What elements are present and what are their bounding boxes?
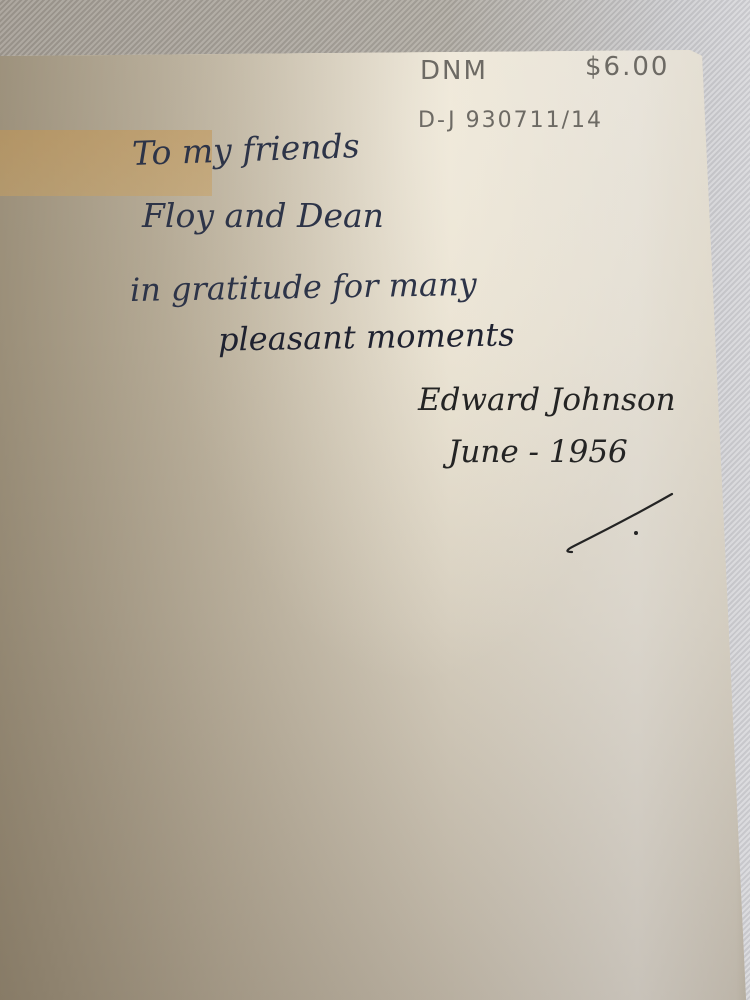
pencil-reference: D-J 930711/14	[418, 108, 603, 133]
inscription-line-4: pleasant moments	[218, 315, 515, 358]
inscription-date: June - 1956	[448, 434, 628, 470]
signature: Edward Johnson	[418, 382, 676, 418]
pencil-code: DNM	[420, 56, 488, 86]
book-endpaper: DNM $6.00 D-J 930711/14 To my friends Fl…	[0, 50, 750, 1000]
inscription-line-2: Floy and Dean	[142, 196, 384, 235]
inscription-line-1: To my friends	[131, 126, 360, 173]
pencil-price: $6.00	[585, 52, 669, 82]
inscription-line-3: in gratitude for many	[130, 265, 477, 309]
signature-flourish-icon	[560, 490, 680, 560]
